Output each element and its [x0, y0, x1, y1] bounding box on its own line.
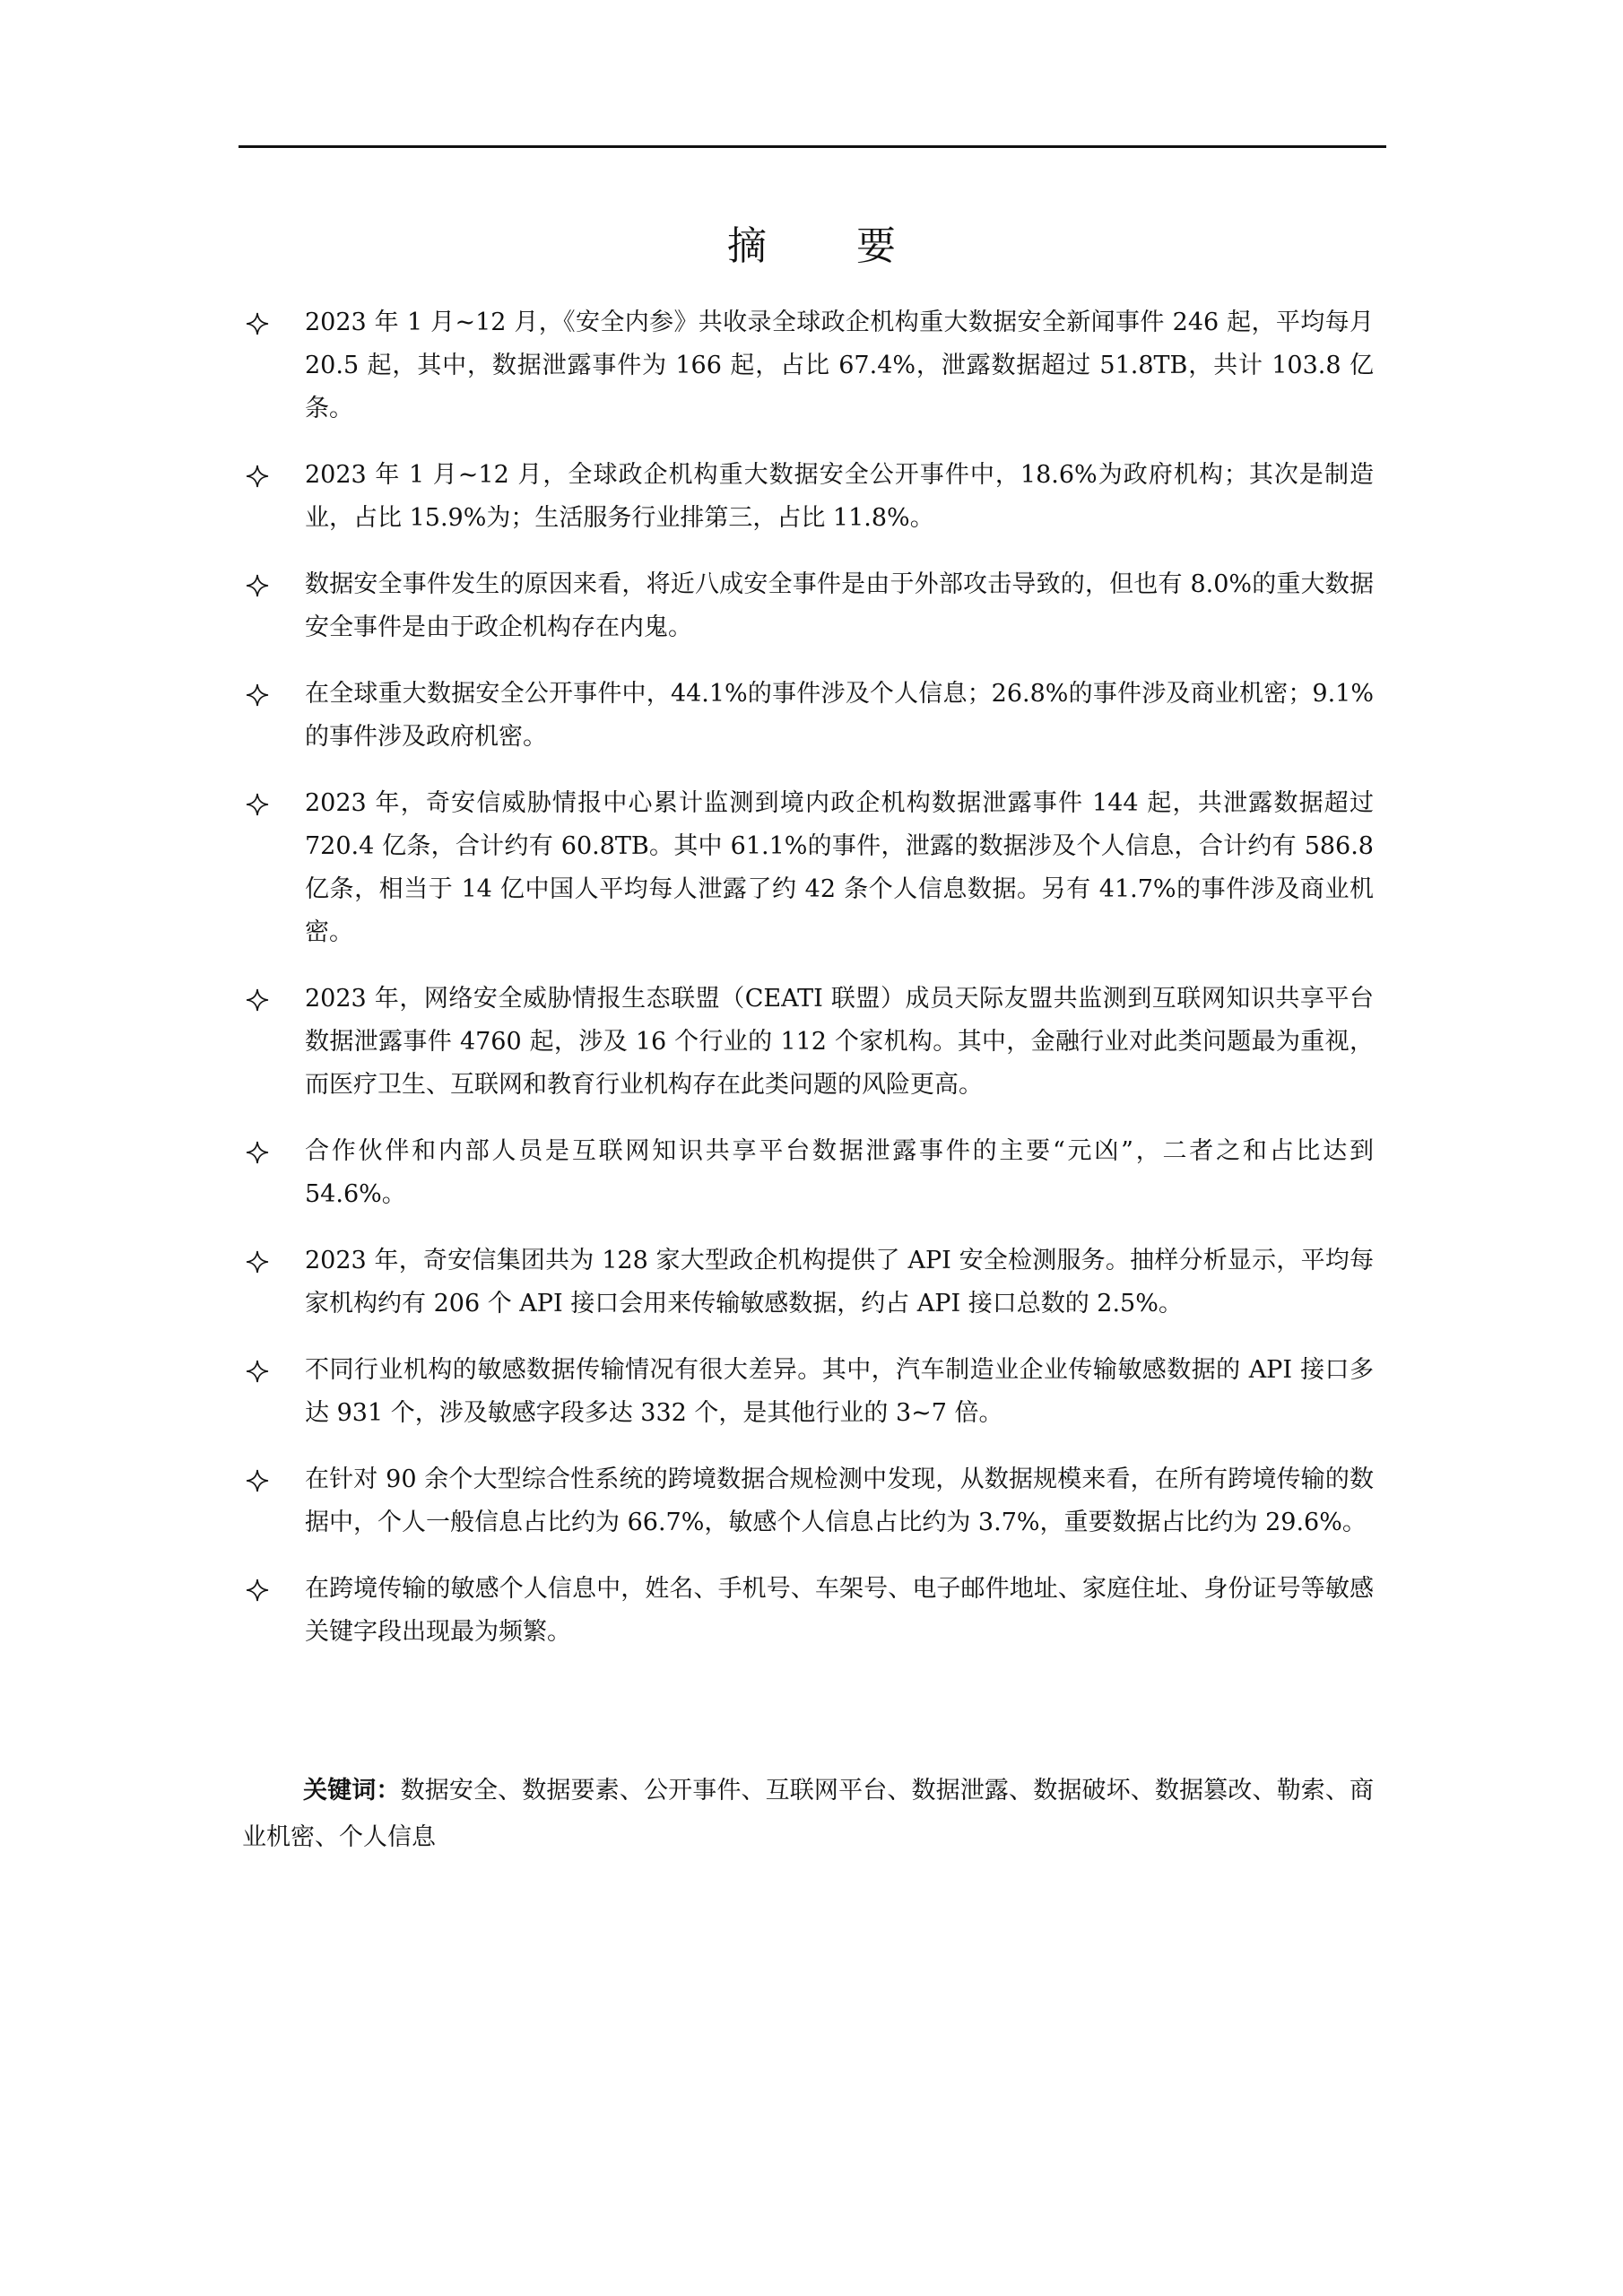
- summary-item: 2023 年 1 月~12 月，《安全内参》共收录全球政企机构重大数据安全新闻事…: [242, 301, 1374, 430]
- title-char-1: 摘: [727, 213, 767, 271]
- summary-text: 合作伙伴和内部人员是互联网知识共享平台数据泄露事件的主要“元凶”，二者之和占比达…: [305, 1137, 1374, 1208]
- summary-item: 数据安全事件发生的原因来看，将近八成安全事件是由于外部攻击导致的，但也有 8.0…: [242, 563, 1374, 649]
- summary-text: 2023 年 1 月~12 月，《安全内参》共收录全球政企机构重大数据安全新闻事…: [305, 309, 1374, 422]
- summary-item: 2023 年，网络安全威胁情报生态联盟（CEATI 联盟）成员天际友盟共监测到互…: [242, 978, 1374, 1107]
- diamond-star-icon: [246, 1568, 273, 1611]
- diamond-star-icon: [246, 1349, 273, 1392]
- summary-text: 2023 年，网络安全威胁情报生态联盟（CEATI 联盟）成员天际友盟共监测到互…: [305, 985, 1374, 1099]
- summary-item: 2023 年 1 月~12 月，全球政企机构重大数据安全公开事件中，18.6%为…: [242, 454, 1374, 540]
- summary-list: 2023 年 1 月~12 月，《安全内参》共收录全球政企机构重大数据安全新闻事…: [242, 301, 1374, 1677]
- summary-item: 在针对 90 余个大型综合性系统的跨境数据合规检测中发现，从数据规模来看，在所有…: [242, 1458, 1374, 1544]
- header-rule: [239, 145, 1386, 148]
- diamond-star-icon: [246, 1458, 273, 1501]
- summary-item: 在跨境传输的敏感个人信息中，姓名、手机号、车架号、电子邮件地址、家庭住址、身份证…: [242, 1568, 1374, 1654]
- diamond-star-icon: [246, 673, 273, 716]
- summary-text: 在针对 90 余个大型综合性系统的跨境数据合规检测中发现，从数据规模来看，在所有…: [305, 1465, 1374, 1536]
- keywords-label: 关键词：: [303, 1777, 401, 1805]
- summary-item: 2023 年，奇安信集团共为 128 家大型政企机构提供了 API 安全检测服务…: [242, 1239, 1374, 1326]
- summary-item: 在全球重大数据安全公开事件中，44.1%的事件涉及个人信息；26.8%的事件涉及…: [242, 673, 1374, 759]
- diamond-star-icon: [246, 454, 273, 497]
- diamond-star-icon: [246, 782, 273, 825]
- diamond-star-icon: [246, 563, 273, 606]
- diamond-star-icon: [246, 1130, 273, 1173]
- summary-text: 2023 年，奇安信集团共为 128 家大型政企机构提供了 API 安全检测服务…: [305, 1247, 1374, 1318]
- summary-text: 2023 年，奇安信威胁情报中心累计监测到境内政企机构数据泄露事件 144 起，…: [305, 789, 1374, 946]
- summary-text: 不同行业机构的敏感数据传输情况有很大差异。其中，汽车制造业企业传输敏感数据的 A…: [305, 1356, 1374, 1427]
- summary-item: 2023 年，奇安信威胁情报中心累计监测到境内政企机构数据泄露事件 144 起，…: [242, 782, 1374, 954]
- summary-text: 数据安全事件发生的原因来看，将近八成安全事件是由于外部攻击导致的，但也有 8.0…: [305, 570, 1374, 641]
- summary-item: 不同行业机构的敏感数据传输情况有很大差异。其中，汽车制造业企业传输敏感数据的 A…: [242, 1349, 1374, 1435]
- keywords-text: 数据安全、数据要素、公开事件、互联网平台、数据泄露、数据破坏、数据篡改、勒索、商…: [242, 1777, 1374, 1851]
- diamond-star-icon: [246, 301, 273, 344]
- page-title: 摘要: [0, 213, 1623, 271]
- diamond-star-icon: [246, 978, 273, 1021]
- diamond-star-icon: [246, 1239, 273, 1283]
- keywords-paragraph: 关键词：数据安全、数据要素、公开事件、互联网平台、数据泄露、数据破坏、数据篡改、…: [242, 1768, 1374, 1861]
- summary-text: 2023 年 1 月~12 月，全球政企机构重大数据安全公开事件中，18.6%为…: [305, 461, 1374, 532]
- summary-item: 合作伙伴和内部人员是互联网知识共享平台数据泄露事件的主要“元凶”，二者之和占比达…: [242, 1130, 1374, 1216]
- summary-text: 在跨境传输的敏感个人信息中，姓名、手机号、车架号、电子邮件地址、家庭住址、身份证…: [305, 1575, 1374, 1646]
- title-char-2: 要: [856, 213, 896, 271]
- summary-text: 在全球重大数据安全公开事件中，44.1%的事件涉及个人信息；26.8%的事件涉及…: [305, 680, 1374, 751]
